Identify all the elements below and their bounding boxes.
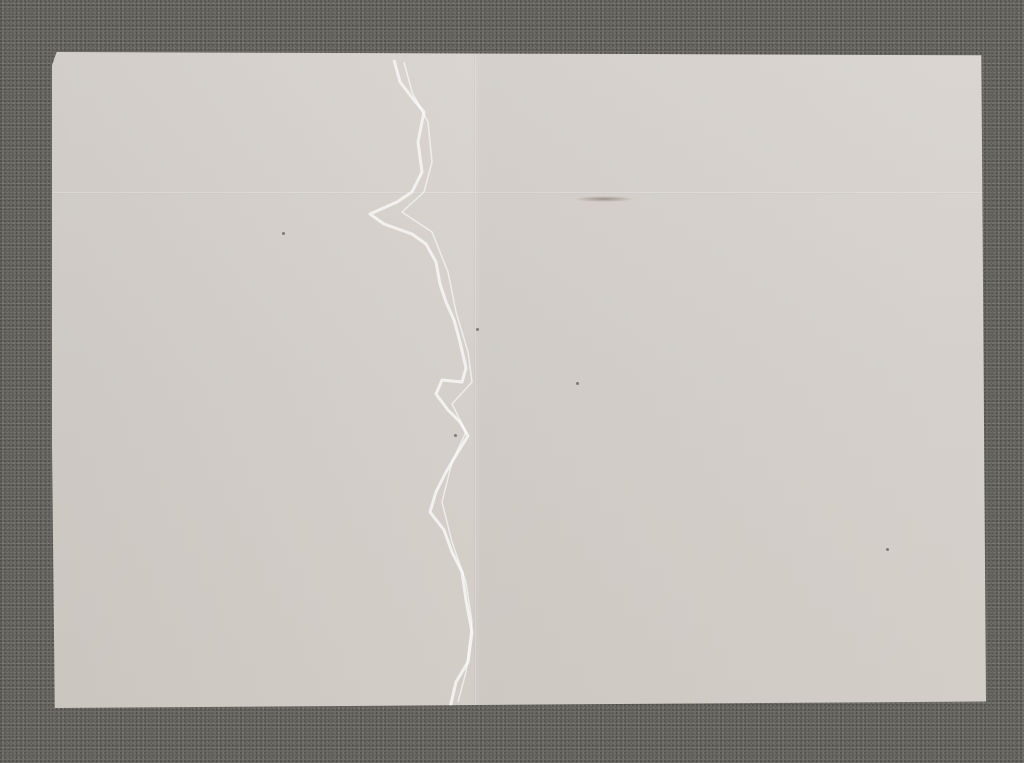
speck [476,328,479,331]
horizontal-fold-line [52,192,986,194]
paper-sheet [52,52,986,708]
speck [282,232,285,235]
speck [454,434,457,437]
speck [576,382,579,385]
vertical-fold-line [474,52,476,708]
speck [886,548,889,551]
torn-seam [52,52,986,708]
smudge-mark [574,196,634,202]
